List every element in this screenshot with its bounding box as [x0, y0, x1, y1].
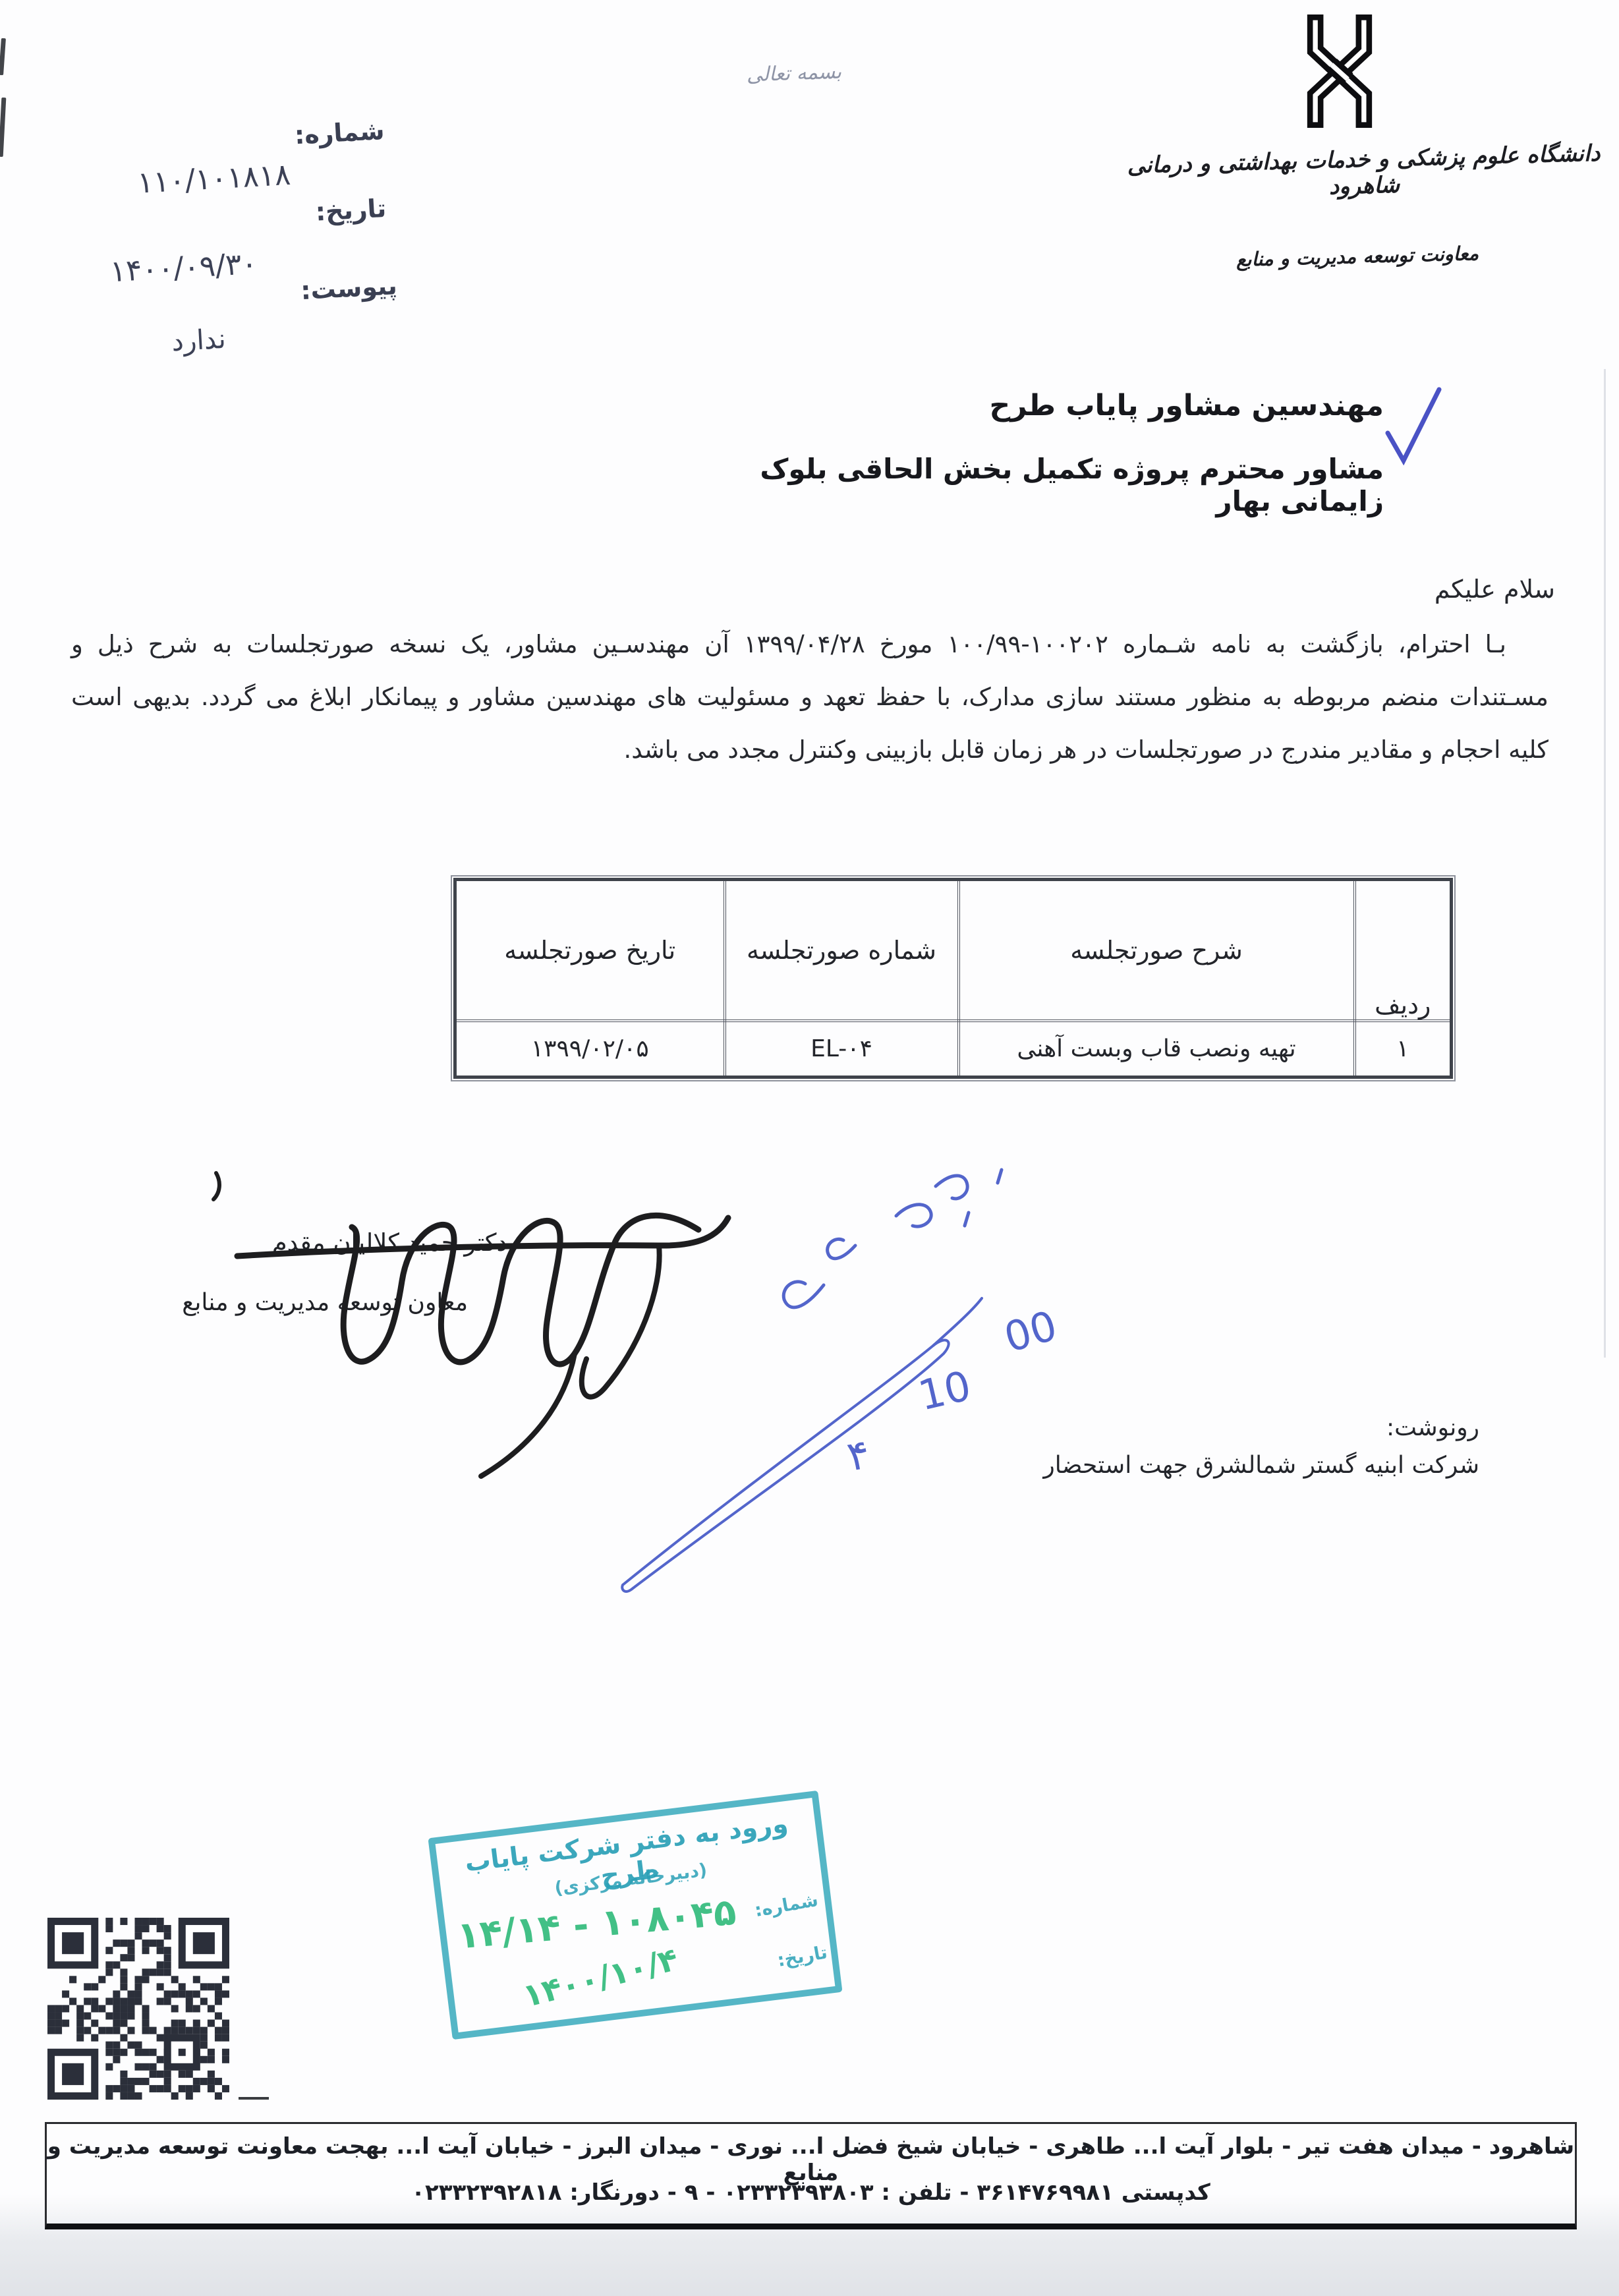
stamp-date-label: تاریخ: [776, 1942, 828, 1971]
scan-tick-mark [239, 2097, 269, 2100]
header-minutes-date: تاریخ صورتجلسه [455, 880, 725, 1021]
cell-row-number: ۱ [1355, 1021, 1452, 1077]
recipient-name: مهندسین مشاور پایاب طرح [659, 389, 1384, 422]
letter-date-value: ۱۴۰۰/۰۹/۳۰ [109, 246, 258, 289]
cell-minutes-date: ۱۳۹۹/۰۲/۰۵ [455, 1021, 725, 1077]
cell-minutes-number: EL-۰۴ [725, 1021, 959, 1077]
footer-contact: کدپستی ۳۶۱۴۷۶۹۹۸۱ - تلفن : ۰۲۳۳۲۳۹۳۸۰۳ -… [47, 2179, 1575, 2206]
table-header-row: ردیف شرح صورتجلسه شماره صورتجلسه تاریخ ص… [455, 880, 1452, 1021]
body-line-1: بـا احترام، بازگشت به نامه شـماره ۱۰۰/۹۹… [71, 618, 1548, 671]
body-line-3: کلیه احجام و مقادیر مندرج در صورتجلسات د… [71, 724, 1548, 776]
body-paragraph: بـا احترام، بازگشت به نامه شـماره ۱۰۰/۹۹… [71, 618, 1548, 776]
header-row-number: ردیف [1355, 880, 1452, 1021]
university-logo-icon [1270, 14, 1409, 128]
qr-code [47, 1918, 229, 2100]
letter-attachment-label: پیوست: [300, 271, 398, 305]
recipient-block: مهندسین مشاور پایاب طرح مشاور محترم پروژ… [659, 389, 1384, 517]
table-row: ۱ تهیه ونصب قاب وبست آهنی EL-۰۴ ۱۳۹۹/۰۲/… [455, 1021, 1452, 1077]
body-line-2: مسـتندات منضم مربوطه به منظور مستند سازی… [71, 671, 1548, 724]
letterhead-university: دانشگاه علوم پزشکی و خدمات بهداشتی و درم… [1113, 140, 1615, 206]
blue-pen-annotation: 00 10 ۴ [567, 1147, 1094, 1648]
header-minutes-number: شماره صورتجلسه [725, 880, 959, 1021]
scan-edge-mark [0, 98, 6, 157]
stamp-date-value: ۱۴۰۰/۱۰/۴ [519, 1941, 682, 2015]
scan-right-edge-line [1604, 369, 1606, 1358]
stamp-number-label: شماره: [753, 1890, 820, 1921]
letterhead-deputy: معاونت توسعه مدیریت و منابع [1206, 241, 1510, 272]
minutes-table: ردیف شرح صورتجلسه شماره صورتجلسه تاریخ ص… [453, 878, 1453, 1079]
copy-label: رونوشت: [952, 1414, 1479, 1441]
copy-recipient: شرکت ابنیه گستر شمالشرق جهت استحضار [952, 1452, 1479, 1479]
letter-meta-block: شماره: ۱۱۰/۱۰۱۸۱۸ تاریخ: ۱۴۰۰/۰۹/۳۰ پیوس… [51, 88, 436, 385]
scan-edge-mark [0, 38, 6, 75]
header-description: شرح صورتجلسه [959, 880, 1355, 1021]
letter-number-label: شماره: [294, 116, 385, 150]
checkmark-icon [1378, 379, 1451, 471]
letter-date-label: تاریخ: [315, 194, 387, 227]
incoming-stamp: ورود به دفتر شرکت پایاب طرح (دبیرخانه مر… [428, 1791, 842, 2040]
greeting-text: سلام علیکم [1292, 575, 1555, 604]
footer-address-box: شاهرود - میدان هفت تیر - بلوار آیت ا... … [45, 2122, 1577, 2229]
cell-description: تهیه ونصب قاب وبست آهنی [959, 1021, 1355, 1077]
recipient-title: مشاور محترم پروژه تکمیل بخش الحاقی بلوک … [659, 453, 1384, 517]
letter-page: بسمه تعالی دانشگاه علوم پزشکی و خدمات به… [0, 0, 1619, 2296]
letter-number-value: ۱۱۰/۱۰۱۸۱۸ [136, 157, 291, 200]
besmellah-text: بسمه تعالی [698, 59, 890, 88]
handwritten-digit-top: 00 [999, 1301, 1062, 1362]
letter-attachment-value: ندارد [171, 323, 227, 358]
handwritten-digit-low: ۴ [843, 1429, 873, 1481]
footer-address: شاهرود - میدان هفت تیر - بلوار آیت ا... … [47, 2133, 1575, 2186]
copy-block: رونوشت: شرکت ابنیه گستر شمالشرق جهت استح… [952, 1414, 1479, 1479]
reference-number: ۱۰۰/۹۹-۱۰۰۲۰۲ [948, 630, 1108, 658]
